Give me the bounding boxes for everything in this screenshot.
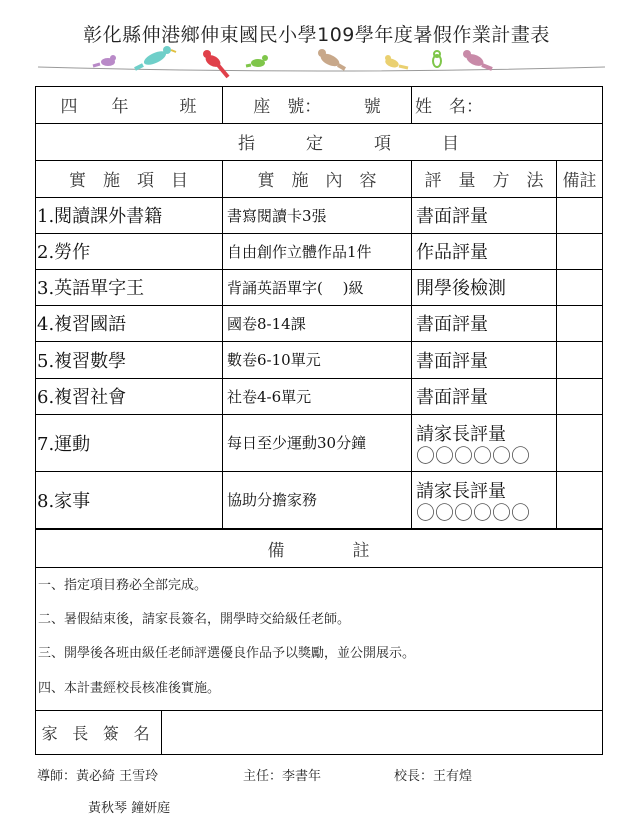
table-row-method: 書面評量: [412, 378, 557, 414]
row-method-text: 書面評量: [416, 202, 488, 228]
col-header-method: 評 量 方 法: [412, 160, 557, 197]
section-title-cell: 指 定 項 目: [35, 123, 602, 160]
row-content-text: 社卷4-6單元: [227, 386, 311, 407]
row-method-text: 開學後檢測: [416, 274, 506, 300]
table-row-content: 背誦英語單字( )級: [223, 269, 412, 305]
rating-circles[interactable]: 〇〇〇〇〇〇: [416, 446, 530, 466]
table-row-method: 書面評量: [412, 341, 557, 378]
table-row-item: 4.複習國語: [35, 305, 223, 341]
row-method-text: 作品評量: [416, 238, 488, 264]
director: 主任：李書年: [243, 765, 321, 784]
pink-bird-icon: [463, 50, 492, 69]
row-content-text: 每日至少運動30分鐘: [227, 432, 366, 453]
row-item-text: 8.家事: [37, 487, 90, 513]
table-row-item: 2.勞作: [35, 233, 223, 269]
table-row-remark[interactable]: [557, 197, 602, 233]
student-name-label: 姓 名：: [415, 92, 483, 117]
table-row-content: 數卷6-10單元: [223, 341, 412, 378]
table-row-remark[interactable]: [557, 269, 602, 305]
notes-title: 備 註: [268, 536, 370, 561]
row-item-text: 6.複習社會: [37, 383, 126, 409]
notes-title-cell: 備 註: [35, 530, 602, 567]
row-content-text: 協助分擔家務: [227, 489, 317, 510]
table-row-item: 7.運動: [35, 414, 223, 471]
yellow-bird-icon: [384, 55, 408, 69]
note-item: 三、開學後各班由級任老師評選優良作品予以獎勵，並公開展示。: [38, 642, 415, 661]
row-method-text: 請家長評量: [416, 477, 506, 503]
col-header-content: 實 施 內 容: [223, 160, 412, 197]
birds-on-wire-decoration-icon: [30, 45, 610, 85]
divider: [35, 567, 603, 568]
row-item-text: 3.英語單字王: [37, 274, 144, 300]
table-row-remark[interactable]: [557, 341, 602, 378]
col-header-remark-label: 備註: [563, 166, 597, 191]
principal: 校長：王有煌: [394, 765, 472, 784]
seat-number-label: 座 號： 號: [253, 92, 381, 117]
row-content-text: 背誦英語單字( )級: [227, 277, 363, 298]
table-row-method: 開學後檢測: [412, 269, 557, 305]
table-row-content: 社卷4-6單元: [223, 378, 412, 414]
row-method-text: 書面評量: [416, 310, 488, 336]
table-row-method: 作品評量: [412, 233, 557, 269]
row-method-text: 書面評量: [416, 383, 488, 409]
row-content-text: 書寫閱讀卡3張: [227, 205, 327, 226]
tutors-line-2: 黃秋琴 鐘妍庭: [88, 797, 170, 816]
table-row-item: 6.複習社會: [35, 378, 223, 414]
col-header-remark: 備註: [557, 160, 602, 197]
seat-number-cell[interactable]: 座 號： 號: [223, 86, 412, 123]
green-owl-icon: [433, 51, 441, 67]
row-item-text: 1.閱讀課外書籍: [37, 202, 162, 228]
red-bird-icon: [203, 50, 228, 77]
rating-circles[interactable]: 〇〇〇〇〇〇: [416, 503, 530, 523]
note-item: 一、指定項目務必全部完成。: [38, 574, 207, 593]
row-item-text: 2.勞作: [37, 238, 90, 264]
table-row-remark[interactable]: [557, 414, 602, 471]
green-bird-icon: [246, 55, 268, 67]
row-item-text: 5.複習數學: [37, 347, 126, 373]
row-content-text: 數卷6-10單元: [227, 349, 321, 370]
row-content-text: 國卷8-14課: [227, 313, 306, 334]
table-row-item: 3.英語單字王: [35, 269, 223, 305]
col-header-content-label: 實 施 內 容: [258, 166, 377, 191]
table-row-content: 每日至少運動30分鐘: [223, 414, 412, 471]
document-title: 彰化縣伸港鄉伸東國民小學109學年度暑假作業計畫表: [0, 20, 633, 47]
note-item: 二、暑假結束後，請家長簽名，開學時交給級任老師。: [38, 608, 350, 627]
table-row-remark[interactable]: [557, 471, 602, 528]
grade-class-cell: 四 年 班: [35, 86, 223, 123]
col-header-item: 實 施 項 目: [35, 160, 223, 197]
row-content-text: 自由創作立體作品1件: [227, 241, 372, 262]
teal-bird-icon: [135, 46, 176, 69]
table-row-method: 書面評量: [412, 197, 557, 233]
row-item-text: 7.運動: [37, 430, 90, 456]
section-title: 指 定 項 目: [178, 129, 459, 154]
parent-signature-field[interactable]: [162, 711, 602, 754]
table-row-remark[interactable]: [557, 305, 602, 341]
tutors-line-1: 導師：黃必綺 王雪玲: [37, 765, 158, 784]
parent-signature-label-cell: 家 長 簽 名: [35, 711, 162, 754]
table-row-item: 1.閱讀課外書籍: [35, 197, 223, 233]
row-item-text: 4.複習國語: [37, 310, 126, 336]
col-header-item-label: 實 施 項 目: [69, 166, 188, 191]
row-method-text: 書面評量: [416, 347, 488, 373]
table-row-content: 協助分擔家務: [223, 471, 412, 528]
table-row-item: 8.家事: [35, 471, 223, 528]
table-row-content: 自由創作立體作品1件: [223, 233, 412, 269]
table-row-remark[interactable]: [557, 378, 602, 414]
note-item: 四、本計畫經校長核准後實施。: [38, 677, 220, 696]
parent-signature-label: 家 長 簽 名: [42, 721, 155, 744]
table-row-content: 書寫閱讀卡3張: [223, 197, 412, 233]
table-row-content: 國卷8-14課: [223, 305, 412, 341]
brown-bird-icon: [318, 49, 345, 69]
grade-class-label: 四 年 班: [61, 92, 197, 117]
student-name-cell[interactable]: 姓 名：: [412, 86, 602, 123]
table-row-method: 請家長評量 〇〇〇〇〇〇: [412, 414, 557, 471]
table-row-method: 請家長評量 〇〇〇〇〇〇: [412, 471, 557, 528]
table-row-remark[interactable]: [557, 233, 602, 269]
table-row-method: 書面評量: [412, 305, 557, 341]
row-method-text: 請家長評量: [416, 420, 506, 446]
col-header-method-label: 評 量 方 法: [425, 166, 544, 191]
table-row-item: 5.複習數學: [35, 341, 223, 378]
purple-bird-icon: [93, 55, 116, 66]
